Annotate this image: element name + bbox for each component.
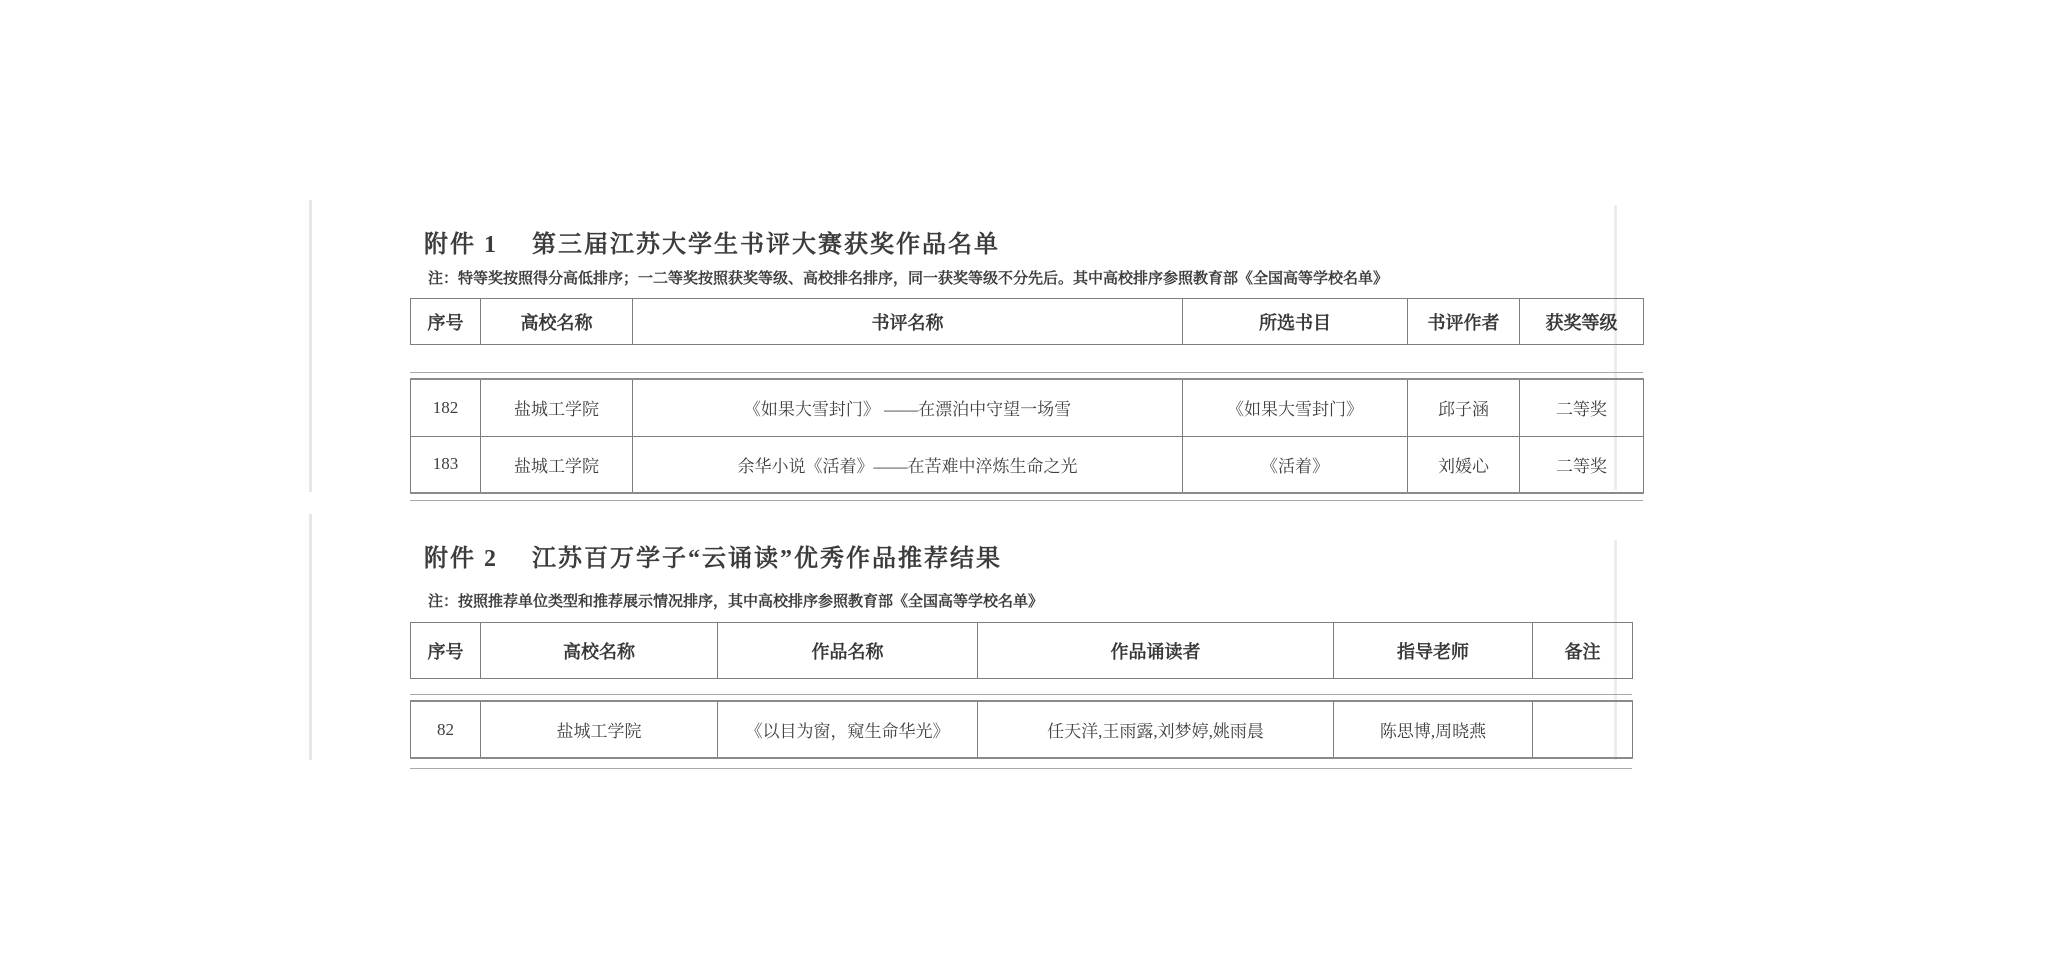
attachment1-title: 附件 1 第三届江苏大学生书评大赛获奖作品名单 (424, 224, 1000, 259)
cell-remark (1533, 701, 1633, 758)
table-cut-line (410, 372, 1643, 373)
table-row: 182 盐城工学院 《如果大雪封门》 ——在漂泊中守望一场雪 《如果大雪封门》 … (411, 379, 1644, 436)
attachment2-table-body: 82 盐城工学院 《以目为窗，窥生命华光》 任天洋,王雨露,刘梦婷,姚雨晨 陈思… (410, 700, 1633, 759)
table-cut-line (410, 768, 1632, 769)
col-header-review: 书评名称 (633, 299, 1183, 345)
cell-author: 刘媛心 (1408, 436, 1520, 493)
col-header-school: 高校名称 (481, 623, 718, 679)
page-edge-left-bottom (309, 514, 312, 760)
page-edge-left-top (309, 200, 312, 492)
cell-teachers: 陈思博,周晓燕 (1334, 701, 1533, 758)
col-header-school: 高校名称 (481, 299, 633, 345)
col-header-book: 所选书目 (1183, 299, 1408, 345)
cell-school: 盐城工学院 (481, 701, 718, 758)
table-header-row: 序号 高校名称 书评名称 所选书目 书评作者 获奖等级 (411, 299, 1644, 345)
col-header-readers: 作品诵读者 (978, 623, 1334, 679)
attachment1-note: 注：特等奖按照得分高低排序；一二等奖按照获奖等级、高校排名排序，同一获奖等级不分… (428, 267, 1388, 288)
attachment2-table-header: 序号 高校名称 作品名称 作品诵读者 指导老师 备注 (410, 622, 1633, 679)
col-header-work: 作品名称 (718, 623, 978, 679)
cell-seq: 183 (411, 436, 481, 493)
cell-readers: 任天洋,王雨露,刘梦婷,姚雨晨 (978, 701, 1334, 758)
col-header-teachers: 指导老师 (1334, 623, 1533, 679)
cell-seq: 82 (411, 701, 481, 758)
document-page: 附件 1 第三届江苏大学生书评大赛获奖作品名单 注：特等奖按照得分高低排序；一二… (0, 0, 2048, 972)
table-row: 183 盐城工学院 余华小说《活着》——在苦难中淬炼生命之光 《活着》 刘媛心 … (411, 436, 1644, 493)
table-row: 82 盐城工学院 《以目为窗，窥生命华光》 任天洋,王雨露,刘梦婷,姚雨晨 陈思… (411, 701, 1633, 758)
table-header-row: 序号 高校名称 作品名称 作品诵读者 指导老师 备注 (411, 623, 1633, 679)
cell-award: 二等奖 (1520, 379, 1644, 436)
col-header-award: 获奖等级 (1520, 299, 1644, 345)
cell-book: 《如果大雪封门》 (1183, 379, 1408, 436)
cell-review: 《如果大雪封门》 ——在漂泊中守望一场雪 (633, 379, 1183, 436)
cell-school: 盐城工学院 (481, 379, 633, 436)
col-header-remark: 备注 (1533, 623, 1633, 679)
col-header-seq: 序号 (411, 623, 481, 679)
cell-award: 二等奖 (1520, 436, 1644, 493)
table-cut-line (410, 694, 1632, 695)
table-cut-line (410, 500, 1643, 501)
cell-review: 余华小说《活着》——在苦难中淬炼生命之光 (633, 436, 1183, 493)
col-header-seq: 序号 (411, 299, 481, 345)
col-header-author: 书评作者 (1408, 299, 1520, 345)
cell-work: 《以目为窗，窥生命华光》 (718, 701, 978, 758)
cell-book: 《活着》 (1183, 436, 1408, 493)
attachment1-table-header: 序号 高校名称 书评名称 所选书目 书评作者 获奖等级 (410, 298, 1644, 345)
cell-school: 盐城工学院 (481, 436, 633, 493)
attachment2-title: 附件 2 江苏百万学子“云诵读”优秀作品推荐结果 (424, 538, 1002, 573)
cell-author: 邱子涵 (1408, 379, 1520, 436)
attachment1-table-body: 182 盐城工学院 《如果大雪封门》 ——在漂泊中守望一场雪 《如果大雪封门》 … (410, 378, 1644, 494)
attachment2-note: 注：按照推荐单位类型和推荐展示情况排序，其中高校排序参照教育部《全国高等学校名单… (428, 590, 1043, 611)
cell-seq: 182 (411, 379, 481, 436)
